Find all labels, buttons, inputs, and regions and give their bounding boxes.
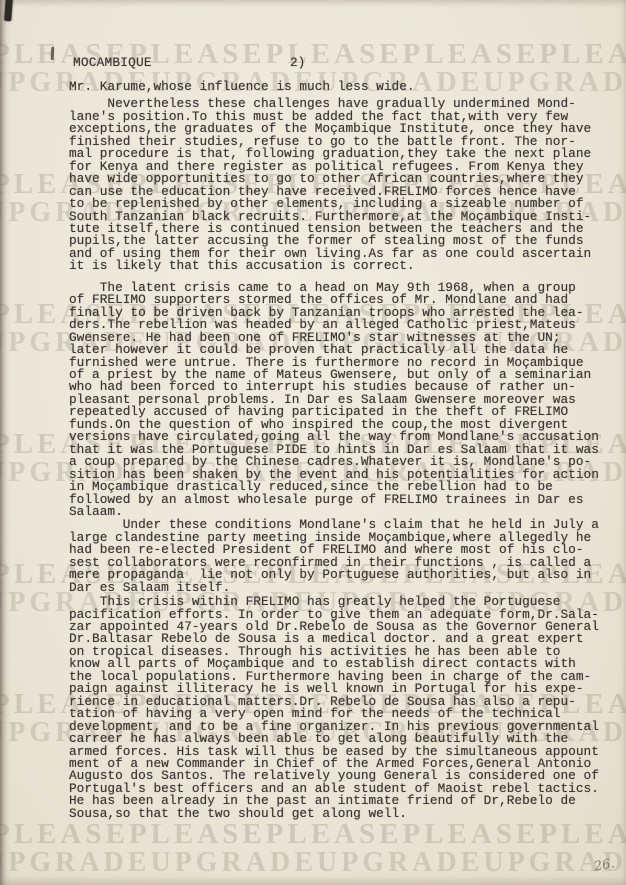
scanned-document-page: PLEASEPLEASEPLEASEPLEASEPLEASEUPGRADEUPG… (0, 0, 626, 885)
watermark-word: PLEASE (402, 818, 539, 851)
watermark-row: UPGRADEUPGRADEUPGRADEUPGRADEUPGRADE (0, 847, 626, 879)
watermark-word: PLEASE (266, 38, 403, 71)
document-title: MOCAMBIQUE (73, 55, 152, 70)
document-body: Mr. Karume,whose influence is much less … (69, 81, 614, 820)
scan-edge-shadow (0, 0, 7, 885)
handwritten-page-mark: 26. (593, 856, 616, 874)
watermark-word: UPGRADE (0, 847, 150, 879)
paragraph: This crisis within FRELIMO has greatly h… (69, 596, 614, 820)
watermark-word: UPGRADE (317, 847, 483, 879)
watermark-word: PLEASE (402, 38, 539, 71)
watermark-word: PLEASE (266, 818, 403, 851)
page-number: 2) (290, 55, 305, 70)
watermark-row: PLEASEPLEASEPLEASEPLEASEPLEASE (0, 818, 626, 851)
watermark-word: PLEASE (0, 818, 129, 851)
scan-corner-mark (4, 0, 13, 21)
pen-tick-mark (51, 47, 55, 60)
watermark-word: PLEASE (129, 818, 266, 851)
paragraph: Under these conditions Mondlane's claim … (69, 519, 614, 594)
paragraph: Mr. Karume,whose influence is much less … (69, 81, 614, 93)
paragraph: Nevertheless these challenges have gradu… (69, 98, 614, 272)
watermark-word: UPGRADE (150, 847, 316, 879)
paragraph: The latent crisis came to a head on May … (69, 282, 614, 519)
watermark-word: PLEASE (539, 818, 626, 851)
watermark-word: PLEASE (539, 38, 626, 71)
